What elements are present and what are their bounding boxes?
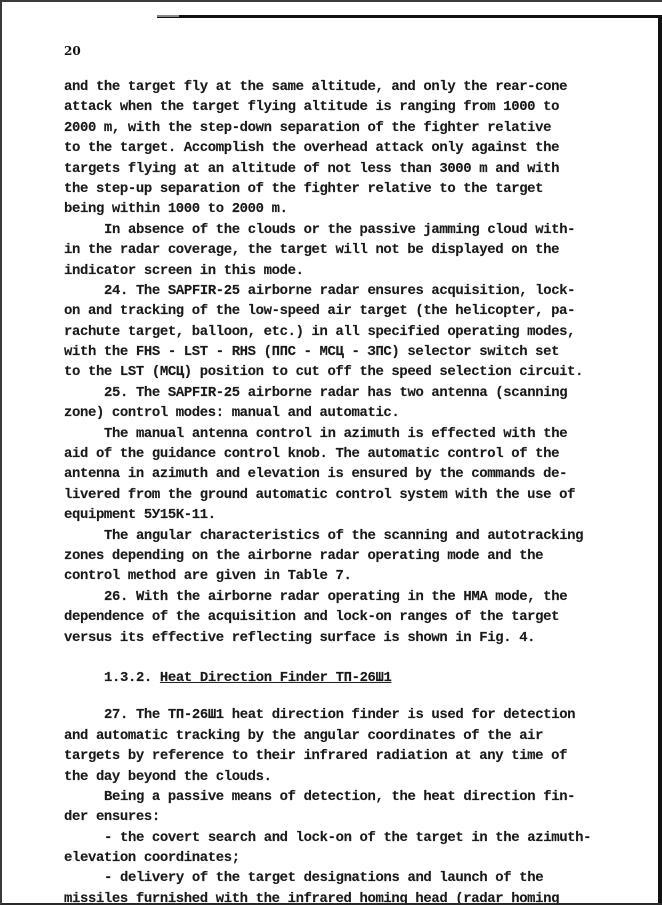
paragraph: 27. The ТП-26Ш1 heat direction finder is…: [64, 705, 624, 787]
text-line: 25. The SAPFIR-25 airborne radar has two…: [64, 383, 624, 403]
page-number: 20: [64, 44, 81, 58]
text-line: being within 1000 to 2000 m.: [64, 199, 624, 219]
paragraph: and the target fly at the same altitude,…: [64, 77, 624, 220]
paragraph: - delivery of the target designations an…: [64, 868, 624, 905]
text-line: on and tracking of the low-speed air tar…: [64, 301, 624, 321]
section-title: Heat Direction Finder ТП-26Ш1: [160, 670, 392, 686]
text-line: targets flying at an altitude of not les…: [64, 159, 624, 179]
text-line: - the covert search and lock-on of the t…: [64, 828, 624, 848]
text-line: aid of the guidance control knob. The au…: [64, 444, 624, 464]
text-line: livered from the ground automatic contro…: [64, 485, 624, 505]
text-line: elevation coordinates;: [64, 848, 624, 868]
section-heading: 1.3.2. Heat Direction Finder ТП-26Ш1: [64, 668, 624, 688]
paragraph: Being a passive means of detection, the …: [64, 787, 624, 828]
text-line: to the LST (МСЦ) position to cut off the…: [64, 362, 624, 382]
paragraph: 26. With the airborne radar operating in…: [64, 587, 624, 648]
text-line: the day beyond the clouds.: [64, 767, 624, 787]
paragraph: 25. The SAPFIR-25 airborne radar has two…: [64, 383, 624, 424]
text-line: and the target fly at the same altitude,…: [64, 77, 624, 97]
text-line: The angular characteristics of the scann…: [64, 526, 624, 546]
text-line: - delivery of the target designations an…: [64, 868, 624, 888]
scanned-page: 20 and the target fly at the same altitu…: [0, 0, 662, 905]
text-line: in the radar coverage, the target will n…: [64, 240, 624, 260]
text-line: with the FHS - LST - RHS (ППС - МСЦ - ЗП…: [64, 342, 624, 362]
text-line: dependence of the acquisition and lock-o…: [64, 607, 624, 627]
paragraph: 24. The SAPFIR-25 airborne radar ensures…: [64, 281, 624, 383]
text-line: missiles furnished with the infrared hom…: [64, 889, 624, 905]
paragraphs-before-heading: and the target fly at the same altitude,…: [64, 77, 624, 648]
paragraph: The angular characteristics of the scann…: [64, 526, 624, 587]
text-line: to the target. Accomplish the overhead a…: [64, 138, 624, 158]
text-line: In absence of the clouds or the passive …: [64, 220, 624, 240]
paragraph: - the covert search and lock-on of the t…: [64, 828, 624, 869]
text-line: zone) control modes: manual and automati…: [64, 403, 624, 423]
paragraph: In absence of the clouds or the passive …: [64, 220, 624, 281]
text-line: 2000 m, with the step-down separation of…: [64, 118, 624, 138]
page-top-border: [157, 15, 662, 18]
text-line: indicator screen in this mode.: [64, 261, 624, 281]
paragraph: The manual antenna control in azimuth is…: [64, 424, 624, 526]
text-line: 24. The SAPFIR-25 airborne radar ensures…: [64, 281, 624, 301]
text-line: rachute target, balloon, etc.) in all sp…: [64, 322, 624, 342]
text-line: The manual antenna control in azimuth is…: [64, 424, 624, 444]
text-line: and automatic tracking by the angular co…: [64, 726, 624, 746]
section-number: 1.3.2.: [104, 670, 152, 686]
text-line: Being a passive means of detection, the …: [64, 787, 624, 807]
text-line: versus its effective reflecting surface …: [64, 628, 624, 648]
text-line: targets by reference to their infrared r…: [64, 746, 624, 766]
text-line: 27. The ТП-26Ш1 heat direction finder is…: [64, 705, 624, 725]
paragraphs-after-heading: 27. The ТП-26Ш1 heat direction finder is…: [64, 705, 624, 905]
text-line: 26. With the airborne radar operating in…: [64, 587, 624, 607]
text-line: equipment 5У15К-11.: [64, 505, 624, 525]
text-line: zones depending on the airborne radar op…: [64, 546, 624, 566]
text-line: the step-up separation of the fighter re…: [64, 179, 624, 199]
text-line: control method are given in Table 7.: [64, 566, 624, 586]
text-line: antenna in azimuth and elevation is ensu…: [64, 464, 624, 484]
page-right-edge: [658, 15, 662, 905]
document-body: and the target fly at the same altitude,…: [64, 77, 624, 905]
text-line: der ensures:: [64, 807, 624, 827]
text-line: attack when the target flying altitude i…: [64, 97, 624, 117]
